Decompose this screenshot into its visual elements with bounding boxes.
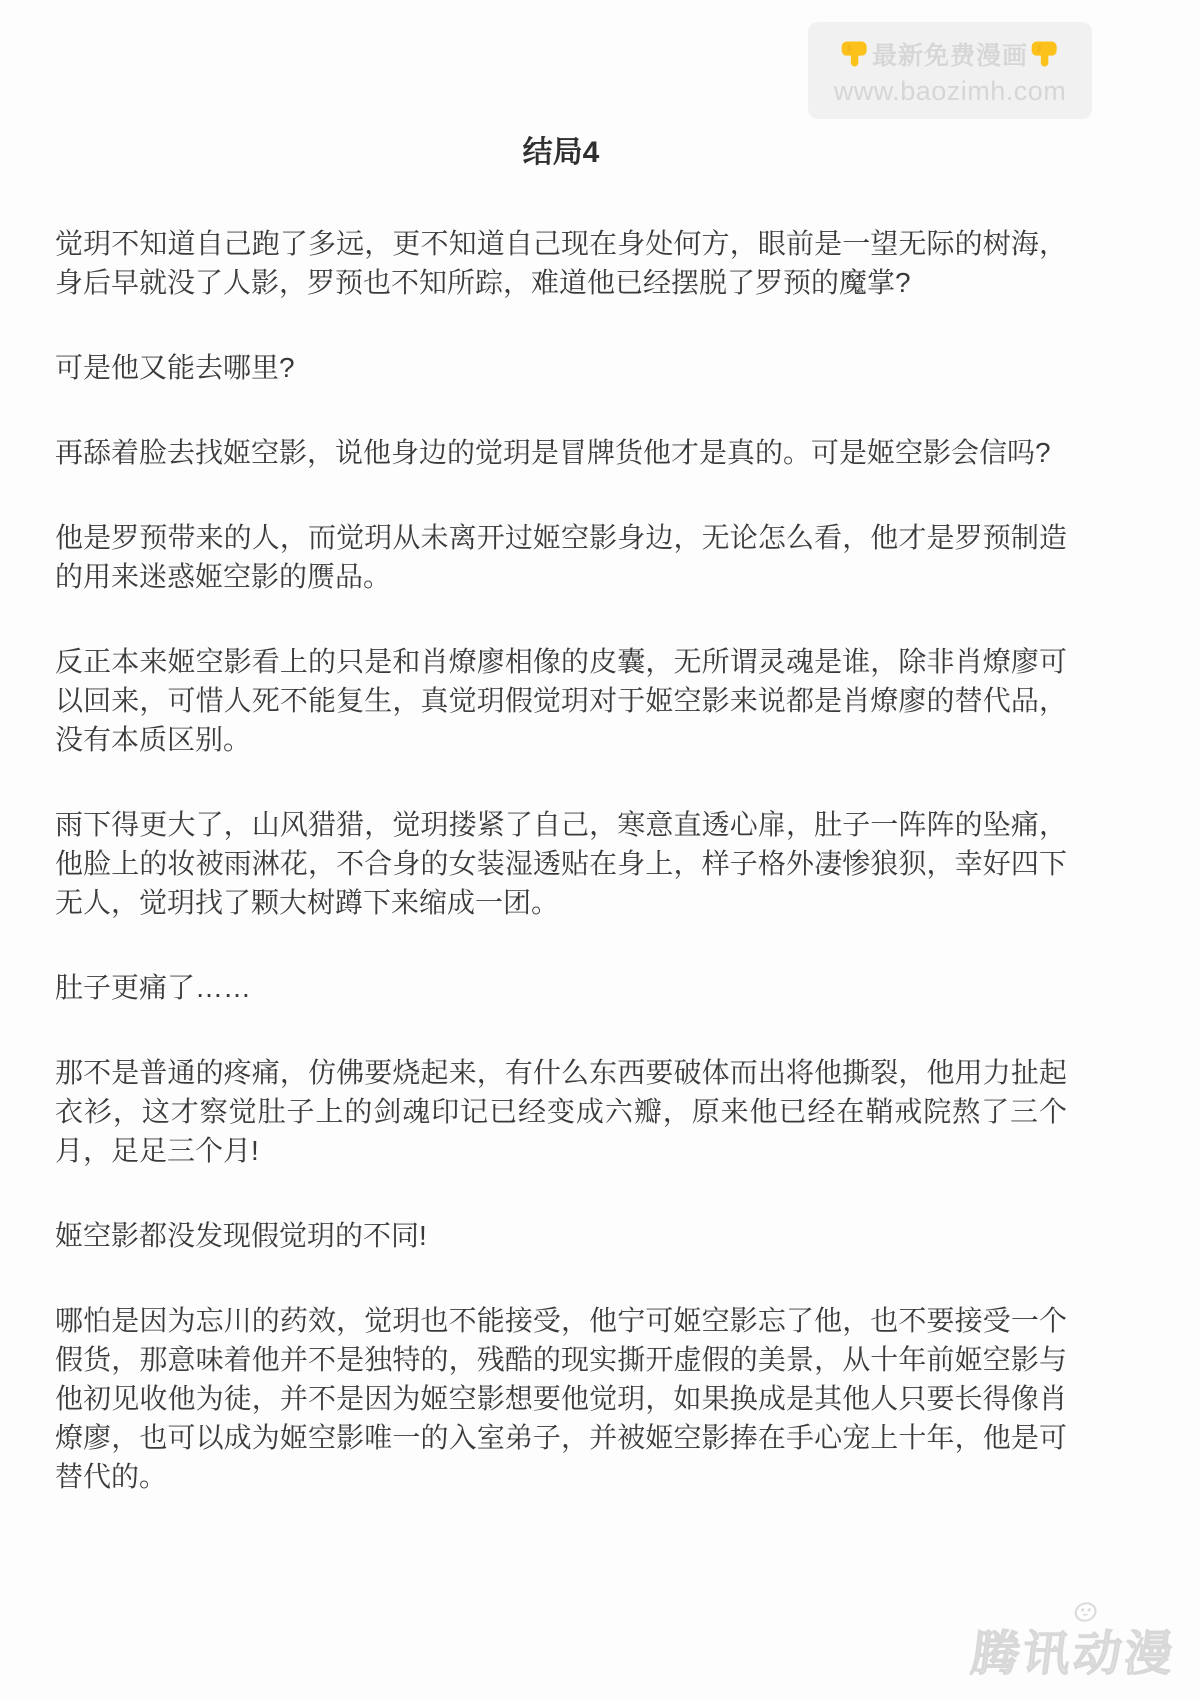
penguin-icon bbox=[1071, 1599, 1100, 1625]
paragraph: 姬空影都没发现假觉玥的不同! bbox=[55, 1216, 1067, 1255]
watermark-banner: 最新免费漫画 www.baozimh.com bbox=[808, 22, 1092, 119]
watermark-title: 最新免费漫画 bbox=[872, 36, 1028, 72]
chapter-title: 结局4 bbox=[55, 136, 1067, 170]
paragraph: 可是他又能去哪里? bbox=[55, 348, 1067, 387]
watermark-title-row: 最新免费漫画 bbox=[824, 36, 1076, 72]
paragraph: 那不是普通的疼痛，仿佛要烧起来，有什么东西要破体而出将他撕裂，他用力扯起衣衫，这… bbox=[55, 1053, 1067, 1170]
paragraph: 雨下得更大了，山风猎猎，觉玥搂紧了自己，寒意直透心扉，肚子一阵阵的坠痛，他脸上的… bbox=[55, 805, 1067, 922]
paragraph: 哪怕是因为忘川的药效，觉玥也不能接受，他宁可姬空影忘了他，也不要接受一个假货，那… bbox=[55, 1301, 1067, 1496]
paragraph: 觉玥不知道自己跑了多远，更不知道自己现在身处何方，眼前是一望无际的树海，身后早就… bbox=[55, 224, 1067, 302]
watermark-url: www.baozimh.com bbox=[824, 76, 1076, 107]
paragraph: 反正本来姬空影看上的只是和肖燎廖相像的皮囊，无所谓灵魂是谁，除非肖燎廖可以回来，… bbox=[55, 642, 1067, 759]
logo-text: 腾讯动漫 bbox=[968, 1615, 1180, 1684]
pointing-down-icon bbox=[1030, 39, 1060, 69]
tencent-comics-logo: 腾讯动漫 bbox=[968, 1615, 1180, 1684]
pointing-down-icon bbox=[840, 39, 870, 69]
paragraph: 肚子更痛了…… bbox=[55, 968, 1067, 1007]
paragraph: 再舔着脸去找姬空影，说他身边的觉玥是冒牌货他才是真的。可是姬空影会信吗? bbox=[55, 433, 1067, 472]
chapter-page: 结局4 觉玥不知道自己跑了多远，更不知道自己现在身处何方，眼前是一望无际的树海，… bbox=[55, 136, 1067, 1496]
chapter-content: 觉玥不知道自己跑了多远，更不知道自己现在身处何方，眼前是一望无际的树海，身后早就… bbox=[55, 224, 1067, 1496]
paragraph: 他是罗预带来的人，而觉玥从未离开过姬空影身边，无论怎么看，他才是罗预制造的用来迷… bbox=[55, 518, 1067, 596]
